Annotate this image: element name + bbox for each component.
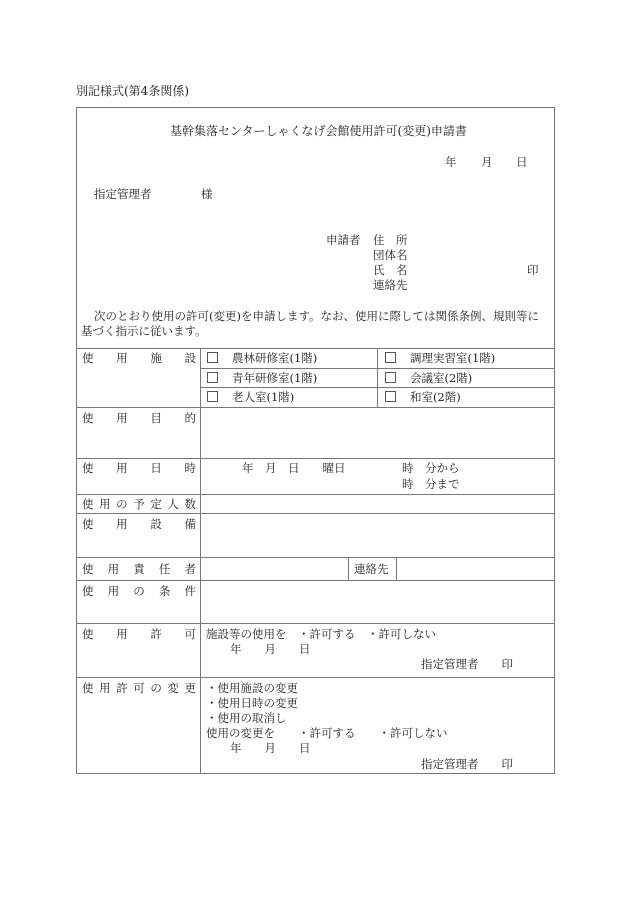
date-year: 年 (445, 155, 457, 169)
datetime-to[interactable]: 時 分まで (402, 477, 460, 491)
applicant-label: 申請者 (326, 233, 361, 247)
form-title: 基幹集落センターしゃくなげ会館使用許可(変更)申請書 (170, 124, 467, 138)
checkbox-icon[interactable] (385, 372, 396, 383)
equipment-label: 使用設備 (82, 517, 196, 531)
headcount-field[interactable] (202, 496, 554, 512)
headcount-label: 使用の予定人数 (82, 497, 196, 511)
responsible-label: 使用責任者 (82, 562, 196, 576)
responsible-field[interactable] (202, 559, 347, 579)
change-date: 年 月 日 (230, 741, 311, 755)
applicant-seal: 印 (527, 263, 539, 277)
addressee-role: 指定管理者 (94, 187, 152, 201)
facility-option-elderly[interactable]: 老人室(1階) (207, 390, 294, 404)
responsible-contact-label: 連絡先 (354, 562, 389, 576)
applicant-name: 氏 名 (373, 263, 408, 277)
statement-line-2: 基づく指示に従います。 (81, 324, 207, 338)
checkbox-icon[interactable] (385, 391, 396, 402)
permission-label: 使用許可 (82, 627, 196, 641)
facility-option-youth[interactable]: 青年研修室(1階) (207, 371, 317, 385)
facility-option-meeting[interactable]: 会議室(2階) (385, 371, 472, 385)
date-day: 日 (516, 155, 528, 169)
checkbox-icon[interactable] (207, 372, 218, 383)
permission-date: 年 月 日 (230, 642, 311, 656)
change-item-facility: ・使用施設の変更 (206, 681, 298, 695)
responsible-contact-field[interactable] (398, 559, 554, 579)
purpose-field[interactable] (202, 409, 554, 457)
permission-decision: 施設等の使用を ・許可する ・許可しない (206, 627, 436, 641)
facility-option-cooking[interactable]: 調理実習室(1階) (385, 351, 495, 365)
datetime-date[interactable]: 年 月 日 曜日 (242, 461, 346, 475)
datetime-label: 使用日時 (82, 461, 196, 475)
facility-option-washitsu[interactable]: 和室(2階) (385, 390, 461, 404)
datetime-from[interactable]: 時 分から (402, 461, 460, 475)
checkbox-icon[interactable] (207, 391, 218, 402)
statement-line-1: 次のとおり使用の許可(変更)を申請します。なお、使用に際しては関係条例、規則等に (94, 309, 539, 323)
checkbox-icon[interactable] (207, 352, 218, 363)
conditions-label: 使用の条件 (82, 584, 196, 598)
checkbox-icon[interactable] (385, 352, 396, 363)
change-item-datetime: ・使用日時の変更 (206, 696, 298, 710)
purpose-label: 使用目的 (82, 411, 196, 425)
applicant-address: 住 所 (373, 233, 408, 247)
form-reference: 別記様式(第4条関係) (76, 84, 189, 98)
change-item-cancel: ・使用の取消し (206, 711, 287, 725)
facility-label: 使用施設 (82, 351, 196, 365)
facility-option-agri[interactable]: 農林研修室(1階) (207, 351, 317, 365)
change-label: 使用許可の変更 (82, 681, 196, 695)
applicant-org: 団体名 (373, 248, 408, 262)
addressee-honorific: 様 (201, 187, 213, 201)
applicant-contact: 連絡先 (373, 278, 408, 292)
permission-signer: 指定管理者 印 (421, 657, 513, 671)
change-signer: 指定管理者 印 (421, 757, 513, 771)
date-month: 月 (481, 155, 493, 169)
equipment-field[interactable] (202, 515, 554, 556)
change-decision: 使用の変更を ・許可する ・許可しない (206, 726, 448, 740)
